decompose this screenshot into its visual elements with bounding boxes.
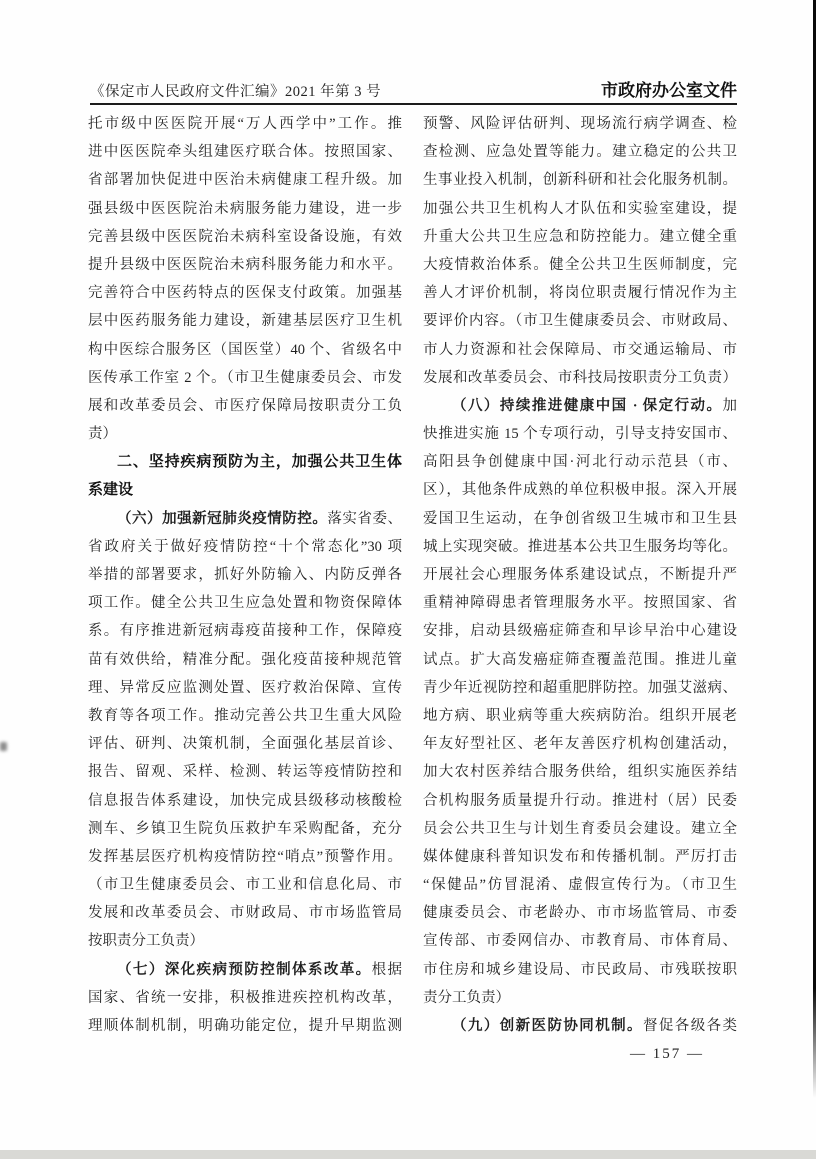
text-line: 试点。扩大高发癌症筛查覆盖范围。推进儿童	[423, 646, 737, 674]
text-line: 理顺体制机制，明确功能定位，提升早期监测	[88, 1012, 402, 1040]
paragraph-lead-text: （九）创新医防协同机制。	[452, 1018, 643, 1034]
text-line: （六）加强新冠肺炎疫情防控。落实省委、	[88, 505, 402, 533]
text-line: 员会公共卫生与计划生育委员会建设。建立全	[423, 815, 737, 843]
paragraph-text: 高阳县争创健康中国·河北行动示范县（市、	[423, 454, 737, 470]
paragraph-text: 市住房和城乡建设局、市民政局、市残联按职	[423, 962, 737, 978]
text-line: 按职责分工负责）	[88, 927, 402, 955]
paragraph-text: 大疫情救治体系。健全公共卫生医师制度，完	[423, 257, 737, 273]
paragraph-text: 按职责分工负责）	[88, 933, 204, 949]
body-columns: 托市级中医医院开展“万人西学中”工作。推进中医医院牵头组建医疗联合体。按照国家、…	[88, 110, 737, 1040]
paragraph-text: 根据	[372, 962, 402, 978]
text-line: 青少年近视防控和超重肥胖防控。加强艾滋病、	[423, 674, 737, 702]
paragraph-text: 地方病、职业病等重大疾病防治。组织开展老	[423, 708, 737, 724]
paragraph-text: “保健品”仿冒混淆、虚假宣传行为。（市卫生	[423, 877, 737, 893]
paragraph-text: 省政府关于做好疫情防控“十个常态化”30 项	[88, 539, 402, 555]
paragraph-text: 完善县级中医医院治未病科室设备设施，有效	[88, 229, 402, 245]
text-line: 展和改革委员会、市医疗保障局按职责分工负	[88, 392, 402, 420]
paragraph-lead-text: （七）深化疾病预防控制体系改革。	[117, 962, 372, 978]
text-line: 提升县级中医医院治未病科服务能力和水平。	[88, 251, 402, 279]
text-line: 责）	[88, 420, 402, 448]
paragraph-text: 信息报告体系建设，加快完成县级移动核酸检	[88, 793, 402, 809]
paragraph-text: 生事业投入机制，创新科研和社会化服务机制。	[423, 172, 737, 188]
document-page: 《保定市人民政府文件汇编》2021 年第 3 号 市政府办公室文件 托市级中医医…	[0, 0, 816, 1159]
text-line: 苗有效供给，精准分配。强化疫苗接种规范管	[88, 646, 402, 674]
paragraph-text: 二、坚持疾病预防为主，加强公共卫生体	[117, 453, 402, 470]
text-line: 信息报告体系建设，加快完成县级移动核酸检	[88, 787, 402, 815]
text-line: 理、异常反应监测处置、医疗救治保障、宣传	[88, 674, 402, 702]
section-heading-line: 二、坚持疾病预防为主，加强公共卫生体	[88, 448, 402, 476]
text-line: 省政府关于做好疫情防控“十个常态化”30 项	[88, 533, 402, 561]
text-line: 发展和改革委员会、市科技局按职责分工负责）	[423, 364, 737, 392]
page-number: — 157 —	[612, 1046, 722, 1063]
text-line: 宣传部、市委网信办、市教育局、市体育局、	[423, 927, 737, 955]
paragraph-text: 媒体健康科普知识发布和传播机制。严厉打击	[423, 849, 737, 865]
text-line: 系。有序推进新冠病毒疫苗接种工作，保障疫	[88, 617, 402, 645]
paragraph-text: 责）	[88, 426, 117, 442]
text-line: 生事业投入机制，创新科研和社会化服务机制。	[423, 166, 737, 194]
text-line: 查检测、应急处置等能力。建立稳定的公共卫	[423, 138, 737, 166]
paragraph-text: 进中医医院牵头组建医疗联合体。按照国家、	[88, 144, 402, 160]
paragraph-text: 提升县级中医医院治未病科服务能力和水平。	[88, 257, 402, 273]
header-rule	[90, 103, 737, 105]
paragraph-text: 系。有序推进新冠病毒疫苗接种工作，保障疫	[88, 623, 402, 639]
text-line: （市卫生健康委员会、市工业和信息化局、市	[88, 871, 402, 899]
text-line: （九）创新医防协同机制。督促各级各类	[423, 1012, 737, 1040]
text-line: 层中医药服务能力建设，新建基层医疗卫生机	[88, 307, 402, 335]
text-line: 地方病、职业病等重大疾病防治。组织开展老	[423, 702, 737, 730]
paragraph-lead-text: （八）持续推进健康中国 · 保定行动。	[452, 398, 723, 414]
text-line: 安排，启动县级癌症筛查和早诊早治中心建设	[423, 617, 737, 645]
paragraph-text: 督促各级各类	[643, 1018, 737, 1034]
text-line: 合机构服务质量提升行动。推进村（居）民委	[423, 787, 737, 815]
paragraph-text: 快推进实施 15 个专项行动，引导支持安国市、	[423, 426, 737, 442]
text-line: （八）持续推进健康中国 · 保定行动。加	[423, 392, 737, 420]
header-document-category: 市政府办公室文件	[601, 76, 737, 101]
paragraph-text: 升重大公共卫生应急和防控能力。建立健全重	[423, 229, 737, 245]
paragraph-text: 加	[723, 398, 738, 414]
text-line: 重精神障碍患者管理服务水平。按照国家、省	[423, 589, 737, 617]
paragraph-text: 安排，启动县级癌症筛查和早诊早治中心建设	[423, 623, 737, 639]
text-line: 大疫情救治体系。健全公共卫生医师制度，完	[423, 251, 737, 279]
text-line: 善人才评价机制，将岗位职责履行情况作为主	[423, 279, 737, 307]
paragraph-text: 要评价内容。（市卫生健康委员会、市财政局、	[423, 313, 737, 329]
text-line: 区），其他条件成熟的单位积极申报。深入开展	[423, 476, 737, 504]
paragraph-text: 健康委员会、市老龄办、市市场监管局、市委	[423, 905, 737, 921]
text-line: 加强公共卫生机构人才队伍和实验室建设，提	[423, 195, 737, 223]
text-line: 高阳县争创健康中国·河北行动示范县（市、	[423, 448, 737, 476]
paragraph-text: 重精神障碍患者管理服务水平。按照国家、省	[423, 595, 737, 611]
paragraph-text: 理顺体制机制，明确功能定位，提升早期监测	[88, 1018, 402, 1034]
paragraph-text: 开展社会心理服务体系建设试点，不断提升严	[423, 567, 737, 583]
paragraph-text: 层中医药服务能力建设，新建基层医疗卫生机	[88, 313, 402, 329]
text-line: 发展和改革委员会、市财政局、市市场监管局	[88, 899, 402, 927]
paragraph-text: 发展和改革委员会、市财政局、市市场监管局	[88, 905, 402, 921]
paragraph-text: 员会公共卫生与计划生育委员会建设。建立全	[423, 821, 737, 837]
paragraph-text: 测车、乡镇卫生院负压救护车采购配备，充分	[88, 821, 402, 837]
paragraph-text: 区），其他条件成熟的单位积极申报。深入开展	[423, 482, 737, 498]
page-header: 《保定市人民政府文件汇编》2021 年第 3 号 市政府办公室文件	[90, 76, 737, 101]
paragraph-text: 展和改革委员会、市医疗保障局按职责分工负	[88, 398, 402, 414]
text-line: 要评价内容。（市卫生健康委员会、市财政局、	[423, 307, 737, 335]
paragraph-text: 报告、留观、采样、检测、转运等疫情防控和	[88, 764, 402, 780]
text-line: 健康委员会、市老龄办、市市场监管局、市委	[423, 899, 737, 927]
text-line: 举措的部署要求，抓好外防输入、内防反弹各	[88, 561, 402, 589]
text-line: “保健品”仿冒混淆、虚假宣传行为。（市卫生	[423, 871, 737, 899]
paragraph-text: 系建设	[88, 481, 133, 498]
paragraph-text: 试点。扩大高发癌症筛查覆盖范围。推进儿童	[423, 652, 737, 668]
section-heading-line: 系建设	[88, 476, 402, 504]
text-line: 年友好型社区、老年友善医疗机构创建活动，	[423, 730, 737, 758]
paragraph-text: 医传承工作室 2 个。（市卫生健康委员会、市发	[88, 370, 402, 386]
paragraph-text: 查检测、应急处置等能力。建立稳定的公共卫	[423, 144, 737, 160]
text-line: 完善符合中医药特点的医保支付政策。加强基	[88, 279, 402, 307]
paragraph-text: 市人力资源和社会保障局、市交通运输局、市	[423, 342, 737, 358]
paragraph-text: 爱国卫生运动，在争创省级卫生城市和卫生县	[423, 511, 737, 527]
paragraph-text: 合机构服务质量提升行动。推进村（居）民委	[423, 793, 737, 809]
paragraph-text: 国家、省统一安排，积极推进疾控机构改革，	[88, 990, 402, 1006]
paragraph-text: 省部署加快促进中医治未病健康工程升级。加	[88, 172, 402, 188]
paragraph-text: 苗有效供给，精准分配。强化疫苗接种规范管	[88, 652, 402, 668]
paragraph-text: 评估、研判、决策机制，全面强化基层首诊、	[88, 736, 402, 752]
text-line: （七）深化疾病预防控制体系改革。根据	[88, 956, 402, 984]
text-line: 媒体健康科普知识发布和传播机制。严厉打击	[423, 843, 737, 871]
text-line: 预警、风险评估研判、现场流行病学调查、检	[423, 110, 737, 138]
paragraph-text: 举措的部署要求，抓好外防输入、内防反弹各	[88, 567, 402, 583]
paragraph-text: 加大农村医养结合服务供给，组织实施医养结	[423, 764, 737, 780]
paragraph-text: 教育等各项工作。推动完善公共卫生重大风险	[88, 708, 402, 724]
text-line: 强县级中医医院治未病服务能力建设，进一步	[88, 195, 402, 223]
paragraph-text: 项工作。健全公共卫生应急处置和物资保障体	[88, 595, 402, 611]
paragraph-text: 青少年近视防控和超重肥胖防控。加强艾滋病、	[423, 680, 737, 696]
paragraph-text: 责分工负责）	[423, 990, 510, 1006]
text-line: 项工作。健全公共卫生应急处置和物资保障体	[88, 589, 402, 617]
paragraph-text: 理、异常反应监测处置、医疗救治保障、宣传	[88, 680, 402, 696]
text-line: 测车、乡镇卫生院负压救护车采购配备，充分	[88, 815, 402, 843]
text-line: 国家、省统一安排，积极推进疾控机构改革，	[88, 984, 402, 1012]
right-column: 预警、风险评估研判、现场流行病学调查、检查检测、应急处置等能力。建立稳定的公共卫…	[423, 110, 737, 1040]
paragraph-text: 强县级中医医院治未病服务能力建设，进一步	[88, 201, 402, 217]
paragraph-text: 发挥基层医疗机构疫情防控“哨点”预警作用。	[88, 849, 402, 865]
paragraph-text: 托市级中医医院开展“万人西学中”工作。推	[88, 116, 402, 132]
header-compilation-title: 《保定市人民政府文件汇编》2021 年第 3 号	[90, 80, 381, 101]
left-column: 托市级中医医院开展“万人西学中”工作。推进中医医院牵头组建医疗联合体。按照国家、…	[88, 110, 402, 1040]
paragraph-text: 落实省委、	[327, 511, 402, 527]
paragraph-text: 构中医综合服务区（国医堂）40 个、省级名中	[88, 342, 402, 358]
paragraph-text: 城上实现突破。推进基本公共卫生服务均等化。	[423, 539, 737, 555]
text-line: 加大农村医养结合服务供给，组织实施医养结	[423, 758, 737, 786]
text-line: 升重大公共卫生应急和防控能力。建立健全重	[423, 223, 737, 251]
paragraph-text: （市卫生健康委员会、市工业和信息化局、市	[88, 877, 402, 893]
text-line: 省部署加快促进中医治未病健康工程升级。加	[88, 166, 402, 194]
text-line: 开展社会心理服务体系建设试点，不断提升严	[423, 561, 737, 589]
text-line: 构中医综合服务区（国医堂）40 个、省级名中	[88, 336, 402, 364]
paragraph-text: 宣传部、市委网信办、市教育局、市体育局、	[423, 933, 737, 949]
text-line: 市住房和城乡建设局、市民政局、市残联按职	[423, 956, 737, 984]
text-line: 快推进实施 15 个专项行动，引导支持安国市、	[423, 420, 737, 448]
text-line: 托市级中医医院开展“万人西学中”工作。推	[88, 110, 402, 138]
text-line: 教育等各项工作。推动完善公共卫生重大风险	[88, 702, 402, 730]
paragraph-text: 完善符合中医药特点的医保支付政策。加强基	[88, 285, 402, 301]
paragraph-text: 发展和改革委员会、市科技局按职责分工负责）	[423, 370, 737, 386]
text-line: 爱国卫生运动，在争创省级卫生城市和卫生县	[423, 505, 737, 533]
scan-smudge-left	[0, 742, 7, 751]
paragraph-lead-text: （六）加强新冠肺炎疫情防控。	[117, 511, 327, 527]
text-line: 市人力资源和社会保障局、市交通运输局、市	[423, 336, 737, 364]
text-line: 进中医医院牵头组建医疗联合体。按照国家、	[88, 138, 402, 166]
text-line: 完善县级中医医院治未病科室设备设施，有效	[88, 223, 402, 251]
text-line: 责分工负责）	[423, 984, 737, 1012]
text-line: 报告、留观、采样、检测、转运等疫情防控和	[88, 758, 402, 786]
paragraph-text: 加强公共卫生机构人才队伍和实验室建设，提	[423, 201, 737, 217]
text-line: 发挥基层医疗机构疫情防控“哨点”预警作用。	[88, 843, 402, 871]
text-line: 城上实现突破。推进基本公共卫生服务均等化。	[423, 533, 737, 561]
paragraph-text: 预警、风险评估研判、现场流行病学调查、检	[423, 116, 737, 132]
text-line: 医传承工作室 2 个。（市卫生健康委员会、市发	[88, 364, 402, 392]
scan-band-bottom	[0, 1150, 816, 1159]
paragraph-text: 善人才评价机制，将岗位职责履行情况作为主	[423, 285, 737, 301]
paragraph-text: 年友好型社区、老年友善医疗机构创建活动，	[423, 736, 737, 752]
text-line: 评估、研判、决策机制，全面强化基层首诊、	[88, 730, 402, 758]
